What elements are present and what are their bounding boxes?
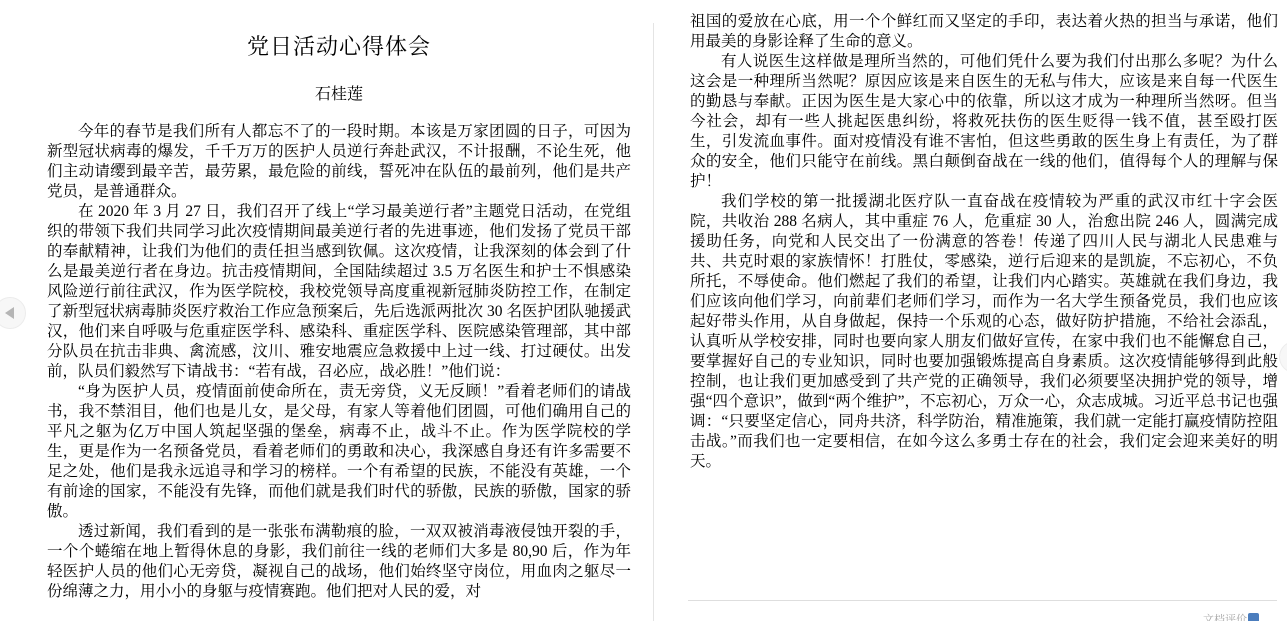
- document-page-2: 祖国的爱放在心底，用一个个鲜红而又坚定的手印，表达着火热的担当与承诺，他们用最美…: [690, 12, 1278, 472]
- paragraph: 在 2020 年 3 月 27 日，我们召开了线上“学习最美逆行者”主题党日活动…: [47, 202, 631, 382]
- next-page-button[interactable]: [1279, 341, 1287, 373]
- paragraph: 我们学校的第一批援湖北医疗队一直奋战在疫情较为严重的武汉市红十字会医院，共收治 …: [690, 192, 1278, 472]
- document-page-1: 党日活动心得体会 石桂莲 今年的春节是我们所有人都忘不了的一段时期。本该是万家团…: [47, 26, 631, 602]
- document-author: 石桂莲: [47, 81, 631, 104]
- chevron-left-icon: [5, 307, 14, 319]
- footer-section-label: 文档评价: [1203, 611, 1247, 621]
- paragraph: 有人说医生这样做是理所当然的，可他们凭什么要为我们付出那么多呢？为什么这会是一种…: [690, 52, 1278, 192]
- paragraph: 今年的春节是我们所有人都忘不了的一段时期。本该是万家团圆的日子，可因为新型冠状病…: [47, 122, 631, 202]
- page-divider-vertical: [653, 23, 654, 621]
- previous-page-button[interactable]: [0, 297, 26, 329]
- paragraph: “身为医护人员，疫情面前使命所在，责无旁贷，义无反顾！”看着老师们的请战书，我不…: [47, 382, 631, 522]
- footer-accent-icon[interactable]: [1248, 613, 1259, 621]
- paragraph: 透过新闻，我们看到的是一张张布满勒痕的脸，一双双被消毒液侵蚀开裂的手，一个个蜷缩…: [47, 522, 631, 602]
- document-title: 党日活动心得体会: [47, 30, 631, 61]
- content-footer-divider: [688, 600, 1277, 601]
- paragraph: 祖国的爱放在心底，用一个个鲜红而又坚定的手印，表达着火热的担当与承诺，他们用最美…: [690, 12, 1278, 52]
